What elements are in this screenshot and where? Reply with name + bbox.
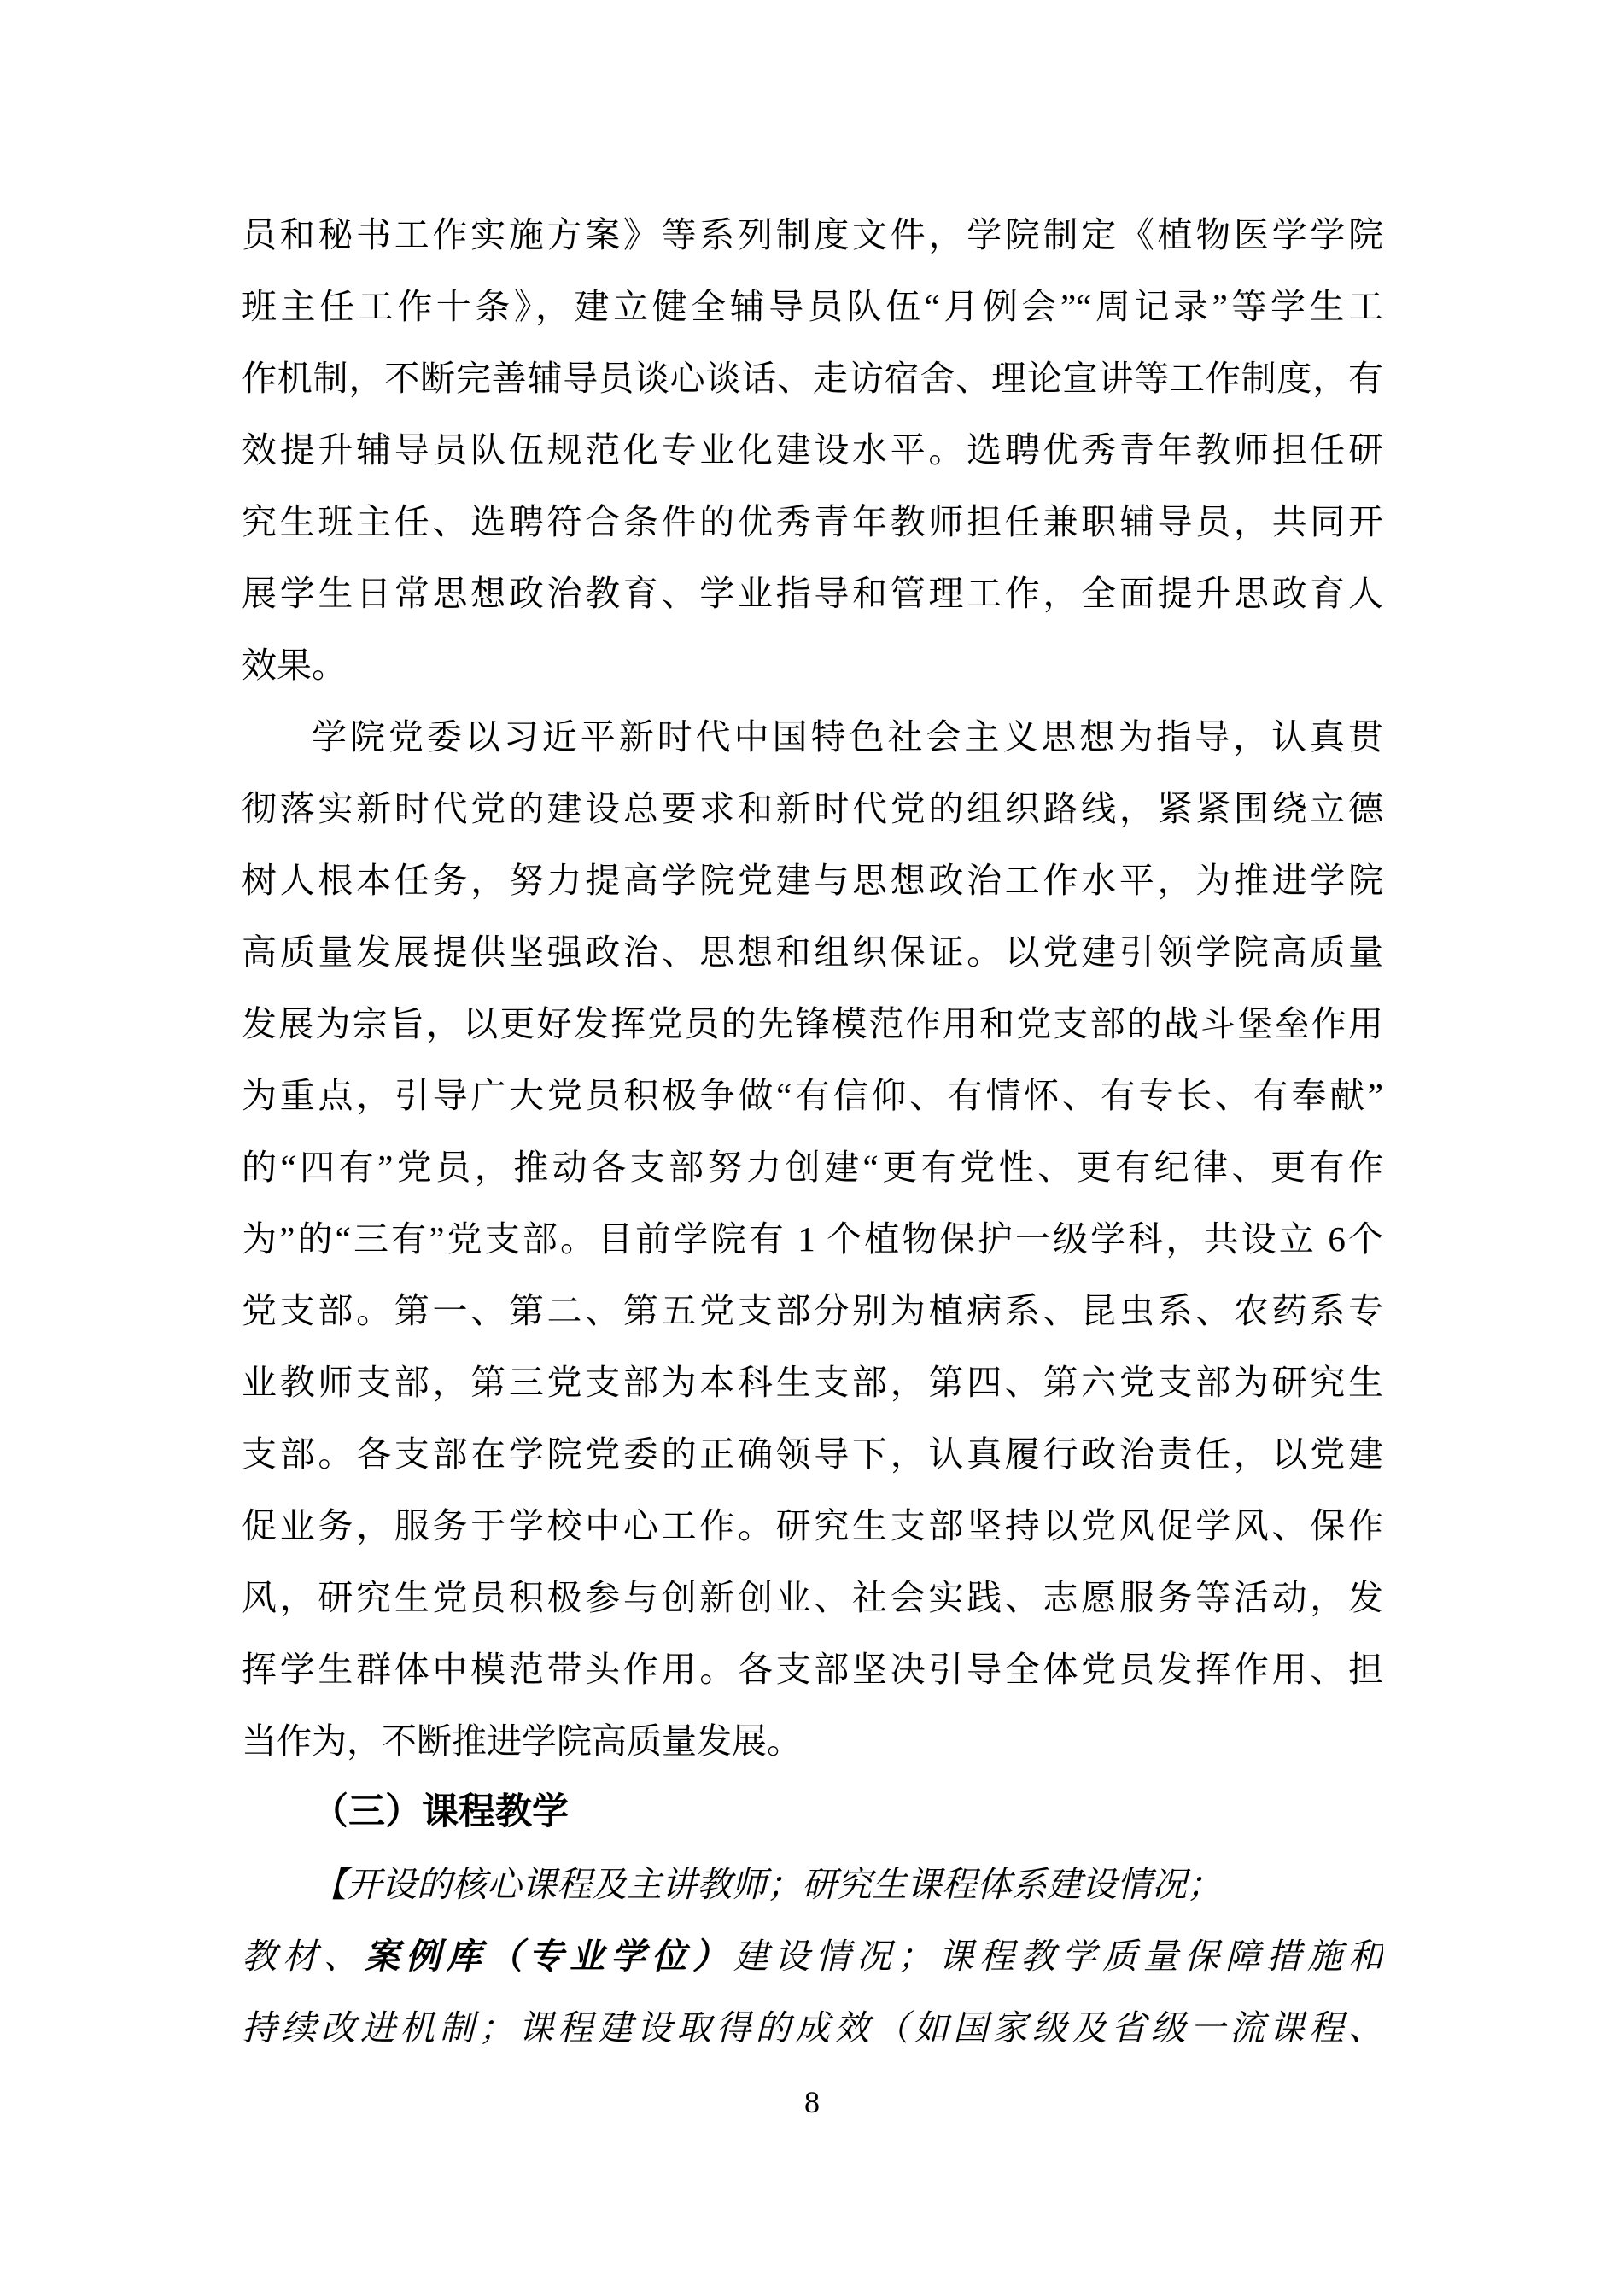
page-number: 8 xyxy=(0,2082,1624,2123)
text-line: 发展为宗旨，以更好发挥党员的先锋模范作用和党支部的战斗堡垒作用 xyxy=(242,988,1383,1060)
text-line: 展学生日常思想政治教育、学业指导和管理工作，全面提升思政育人 xyxy=(242,558,1383,629)
page-body: 员和秘书工作实施方案》等系列制度文件，学院制定《植物医学学院班主任工作十条》，建… xyxy=(242,199,1383,2064)
text-line: 教材、案例库（专业学位）建设情况；课程教学质量保障措施和 xyxy=(242,1920,1383,1992)
bold-text-run: 案例库（专业学位） xyxy=(365,1937,733,1976)
text-line: 促业务，服务于学校中心工作。研究生支部坚持以党风促学风、保作 xyxy=(242,1490,1383,1562)
text-line: 员和秘书工作实施方案》等系列制度文件，学院制定《植物医学学院 xyxy=(242,199,1383,271)
text-line: 究生班主任、选聘符合条件的优秀青年教师担任兼职辅导员，共同开 xyxy=(242,486,1383,558)
document-page: 员和秘书工作实施方案》等系列制度文件，学院制定《植物医学学院班主任工作十条》，建… xyxy=(0,0,1624,2296)
text-line: 当作为，不断推进学院高质量发展。 xyxy=(242,1705,1383,1777)
text-line: 班主任工作十条》，建立健全辅导员队伍“月例会”“周记录”等学生工 xyxy=(242,271,1383,342)
text-line: 风，研究生党员积极参与创新创业、社会实践、志愿服务等活动，发 xyxy=(242,1562,1383,1633)
text-line: 为”的“三有”党支部。目前学院有 1 个植物保护一级学科，共设立 6个 xyxy=(242,1203,1383,1275)
text-line: 树人根本任务，努力提高学院党建与思想政治工作水平，为推进学院 xyxy=(242,844,1383,916)
text-line: 学院党委以习近平新时代中国特色社会主义思想为指导，认真贯 xyxy=(242,701,1383,773)
text-line: 支部。各支部在学院党委的正确领导下，认真履行政治责任，以党建 xyxy=(242,1418,1383,1490)
text-line: 作机制，不断完善辅导员谈心谈话、走访宿舍、理论宣讲等工作制度，有 xyxy=(242,342,1383,414)
text-line: 党支部。第一、第二、第五党支部分别为植病系、昆虫系、农药系专 xyxy=(242,1275,1383,1347)
text-line: 挥学生群体中模范带头作用。各支部坚决引导全体党员发挥作用、担 xyxy=(242,1633,1383,1705)
text-line: 效果。 xyxy=(242,629,1383,701)
text-line: 为重点，引导广大党员积极争做“有信仰、有情怀、有专长、有奉献” xyxy=(242,1060,1383,1131)
text-line: 高质量发展提供坚强政治、思想和组织保证。以党建引领学院高质量 xyxy=(242,916,1383,988)
text-run: 建设情况；课程教学质量保障措施和 xyxy=(733,1937,1383,1976)
text-run: 教材、 xyxy=(242,1937,365,1976)
text-line: 彻落实新时代党的建设总要求和新时代党的组织路线，紧紧围绕立德 xyxy=(242,773,1383,844)
text-line: 【开设的核心课程及主讲教师；研究生课程体系建设情况； xyxy=(242,1849,1383,1920)
text-line: 业教师支部，第三党支部为本科生支部，第四、第六党支部为研究生 xyxy=(242,1347,1383,1418)
section-heading: （三）课程教学 xyxy=(242,1777,1383,1849)
text-line: 效提升辅导员队伍规范化专业化建设水平。选聘优秀青年教师担任研 xyxy=(242,414,1383,486)
text-line: 的“四有”党员，推动各支部努力创建“更有党性、更有纪律、更有作 xyxy=(242,1131,1383,1203)
text-line: 持续改进机制；课程建设取得的成效（如国家级及省级一流课程、 xyxy=(242,1992,1383,2064)
